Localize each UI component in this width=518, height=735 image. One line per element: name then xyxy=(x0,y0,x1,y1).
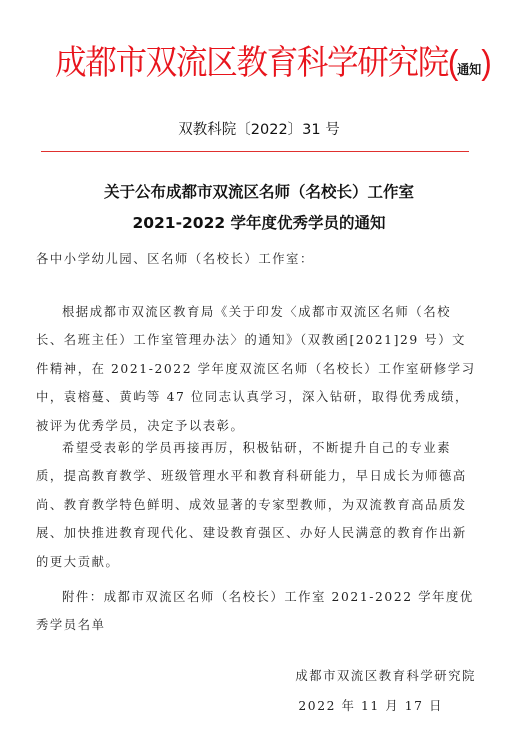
attachment-note: 附件：成都市双流区名师（名校长）工作室 2021-2022 学年度优秀学员名单 xyxy=(36,583,476,640)
notice-label: 通知 xyxy=(457,62,481,77)
document-number: 双教科院〔2022〕31 号 xyxy=(0,118,518,139)
salutation: 各中小学幼儿园、区名师（名校长）工作室： xyxy=(36,245,476,273)
title-line-2: 2021-2022 学年度优秀学员的通知 xyxy=(0,211,518,233)
body-paragraph-2: 希望受表彰的学员再接再厉，积极钻研，不断提升自己的专业素质，提高教育教学、班级管… xyxy=(36,434,476,576)
document-page: 成都市双流区教育科学研究院(通知) 双教科院〔2022〕31 号 关于公布成都市… xyxy=(0,0,518,735)
red-divider-rule xyxy=(41,151,469,152)
suffix-open-paren: ( xyxy=(448,44,457,82)
signature-organization: 成都市双流区教育科学研究院 xyxy=(295,666,476,684)
issuer-name: 成都市双流区教育科学研究院 xyxy=(55,44,448,82)
title-line-1: 关于公布成都市双流区名师（名校长）工作室 xyxy=(0,180,518,202)
issuer-masthead: 成都市双流区教育科学研究院(通知) xyxy=(55,38,446,88)
suffix-close-paren: ) xyxy=(481,44,490,82)
signature-date: 2022 年 11 月 17 日 xyxy=(298,696,443,714)
body-paragraph-1: 根据成都市双流区教育局《关于印发〈成都市双流区名师（名校长、名班主任）工作室管理… xyxy=(36,298,476,440)
